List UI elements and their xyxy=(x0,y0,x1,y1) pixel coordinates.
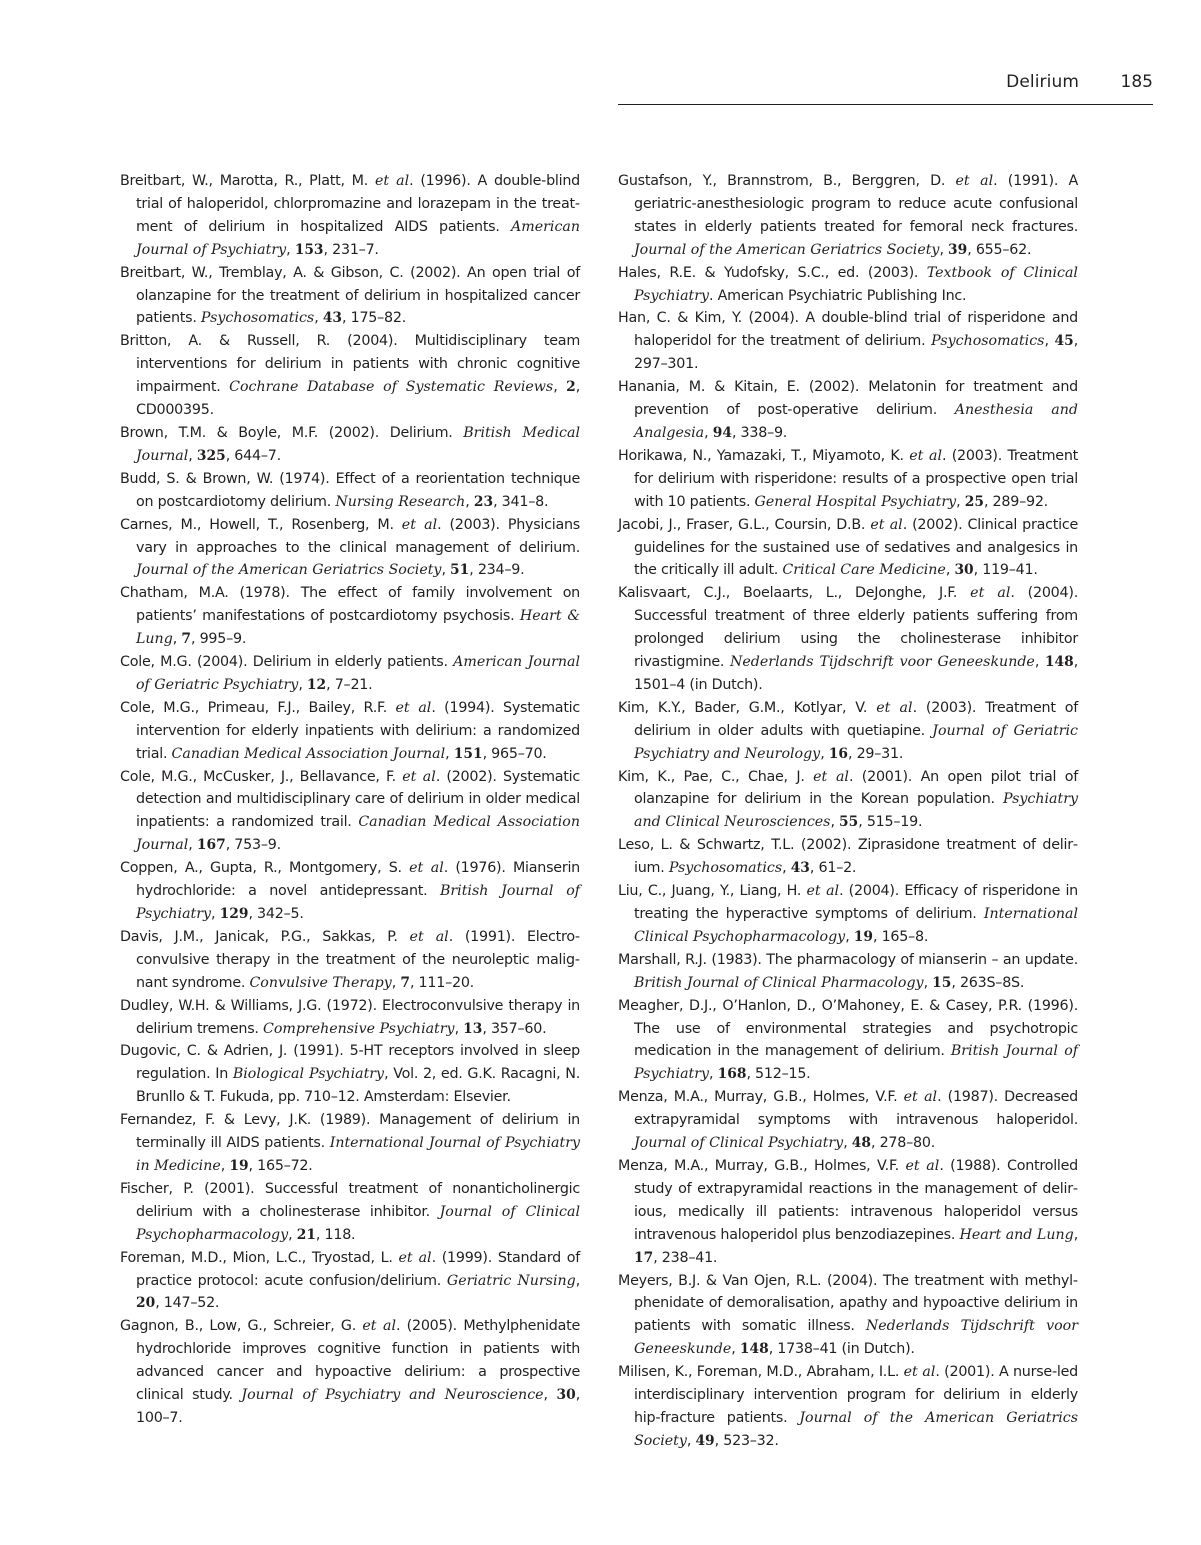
reference-entry: Dudley, W.H. & Williams, J.G. (1972). El… xyxy=(120,995,580,1041)
reference-italic: et al xyxy=(904,1089,938,1105)
reference-italic: et al xyxy=(398,1250,431,1266)
reference-italic: et al xyxy=(806,883,839,899)
reference-volume: 12 xyxy=(307,677,326,693)
reference-entry: Coppen, A., Gupta, R., Montgomery, S. et… xyxy=(120,857,580,926)
reference-volume: 55 xyxy=(839,814,858,830)
reference-text: , xyxy=(286,242,295,258)
reference-text: Coppen, A., Gupta, R., Montgomery, S. xyxy=(120,860,409,876)
reference-text: , 147–52. xyxy=(155,1295,219,1311)
running-header: Delirium 185 xyxy=(618,70,1153,105)
reference-text: , 175–82. xyxy=(342,310,406,326)
reference-text: , 234–9. xyxy=(469,562,524,578)
reference-text: , 753–9. xyxy=(226,837,281,853)
reference-text: , xyxy=(211,906,220,922)
reference-volume: 129 xyxy=(220,906,249,922)
reference-text: Marshall, R.J. (1983). The pharmacology … xyxy=(618,952,1078,968)
reference-text: , xyxy=(544,1387,557,1403)
reference-text: , 644–7. xyxy=(226,448,281,464)
reference-volume: 325 xyxy=(197,448,226,464)
reference-entry: Liu, C., Juang, Y., Liang, H. et al. (20… xyxy=(618,880,1078,949)
reference-volume: 148 xyxy=(740,1341,769,1357)
reference-text: , xyxy=(553,379,566,395)
reference-volume: 43 xyxy=(791,860,810,876)
reference-volume: 48 xyxy=(852,1135,871,1151)
reference-text: , xyxy=(188,837,197,853)
reference-entry: Fischer, P. (2001). Successful treatment… xyxy=(120,1178,580,1247)
reference-italic: et al xyxy=(402,517,437,533)
reference-italic: Psychosomatics xyxy=(669,860,782,876)
reference-text: , xyxy=(830,814,839,830)
reference-italic: et al xyxy=(409,860,444,876)
reference-entry: Cole, M.G., Primeau, F.J., Bailey, R.F. … xyxy=(120,697,580,766)
reference-volume: 153 xyxy=(295,242,324,258)
reference-italic: Comprehensive Psychiatry xyxy=(263,1021,455,1037)
reference-italic: Heart and Lung xyxy=(959,1227,1073,1243)
reference-text: , 965–70. xyxy=(483,746,547,762)
reference-italic: et al xyxy=(909,448,942,464)
reference-text: Carnes, M., Howell, T., Rosenberg, M. xyxy=(120,517,402,533)
reference-text: Horikawa, N., Yamazaki, T., Miyamoto, K. xyxy=(618,448,909,464)
reference-text: , xyxy=(1044,333,1054,349)
reference-text: , 515–19. xyxy=(858,814,922,830)
reference-entry: Kim, K., Pae, C., Chae, J. et al. (2001)… xyxy=(618,766,1078,835)
reference-volume: 148 xyxy=(1045,654,1074,670)
reference-text: , 231–7. xyxy=(324,242,379,258)
reference-text: , 357–60. xyxy=(482,1021,546,1037)
reference-text: , xyxy=(441,562,450,578)
reference-entry: Budd, S. & Brown, W. (1974). Effect of a… xyxy=(120,468,580,514)
reference-text: , 238–41. xyxy=(653,1250,717,1266)
reference-text: , 512–15. xyxy=(746,1066,810,1082)
reference-text: , xyxy=(731,1341,740,1357)
reference-italic: et al xyxy=(813,769,849,785)
reference-text: Jacobi, J., Fraser, G.L., Coursin, D.B. xyxy=(618,517,870,533)
reference-text: Kalisvaart, C.J., Boelaarts, L., DeJongh… xyxy=(618,585,970,601)
reference-entry: Leso, L. & Schwartz, T.L. (2002). Zipras… xyxy=(618,834,1078,880)
reference-text: , 263S–8S. xyxy=(951,975,1024,991)
running-title: Delirium xyxy=(1006,72,1079,92)
reference-text: , 341–8. xyxy=(493,494,548,510)
reference-text: , xyxy=(843,1135,852,1151)
reference-text: , 118. xyxy=(316,1227,355,1243)
reference-text: Cole, M.G., Primeau, F.J., Bailey, R.F. xyxy=(120,700,396,716)
reference-italic: Journal of Clinical Psychiatry xyxy=(634,1135,843,1151)
reference-volume: 15 xyxy=(932,975,951,991)
reference-italic: Critical Care Medicine xyxy=(782,562,945,578)
reference-text: , 1738–41 (in Dutch). xyxy=(769,1341,915,1357)
reference-italic: et al xyxy=(905,1158,939,1174)
reference-italic: Psychosomatics xyxy=(931,333,1044,349)
reference-italic: et al xyxy=(970,585,1010,601)
reference-text: Menza, M.A., Murray, G.B., Holmes, V.F. xyxy=(618,1158,905,1174)
reference-text: , 111–20. xyxy=(410,975,474,991)
reference-text: Cole, M.G. (2004). Delirium in elderly p… xyxy=(120,654,453,670)
reference-text: , 342–5. xyxy=(248,906,303,922)
reference-text: Gagnon, B., Low, G., Schreier, G. xyxy=(120,1318,362,1334)
references-column-right: Gustafson, Y., Brannstrom, B., Berggren,… xyxy=(618,170,1078,1453)
reference-entry: Britton, A. & Russell, R. (2004). Multid… xyxy=(120,330,580,422)
reference-text: , 165–72. xyxy=(249,1158,313,1174)
reference-text: , xyxy=(845,929,854,945)
reference-text: Hales, R.E. & Yudofsky, S.C., ed. (2003)… xyxy=(618,265,927,281)
reference-italic: et al xyxy=(876,700,912,716)
reference-volume: 17 xyxy=(634,1250,653,1266)
page-number: 185 xyxy=(1121,72,1153,92)
reference-text: , xyxy=(709,1066,718,1082)
reference-volume: 23 xyxy=(474,494,493,510)
reference-text: , xyxy=(314,310,323,326)
reference-text: , xyxy=(1074,1227,1078,1243)
reference-volume: 19 xyxy=(229,1158,248,1174)
reference-italic: British Journal of Clinical Pharmacology xyxy=(634,975,924,991)
reference-italic: et al xyxy=(396,700,432,716)
reference-text: , 29–31. xyxy=(848,746,903,762)
reference-italic: Geriatric Nursing xyxy=(447,1273,576,1289)
reference-text: , xyxy=(1035,654,1045,670)
reference-italic: et al xyxy=(956,173,994,189)
reference-entry: Horikawa, N., Yamazaki, T., Miyamoto, K.… xyxy=(618,445,1078,514)
reference-text: Kim, K.Y., Bader, G.M., Kotlyar, V. xyxy=(618,700,876,716)
reference-volume: 25 xyxy=(965,494,984,510)
reference-text: , 278–80. xyxy=(871,1135,935,1151)
reference-entry: Kim, K.Y., Bader, G.M., Kotlyar, V. et a… xyxy=(618,697,1078,766)
reference-entry: Breitbart, W., Tremblay, A. & Gibson, C.… xyxy=(120,262,580,331)
reference-entry: Kalisvaart, C.J., Boelaarts, L., DeJongh… xyxy=(618,582,1078,697)
reference-text: Gustafson, Y., Brannstrom, B., Berggren,… xyxy=(618,173,956,189)
reference-italic: et al xyxy=(904,1364,936,1380)
reference-italic: et al xyxy=(375,173,409,189)
reference-italic: et al xyxy=(402,769,436,785)
reference-entry: Chatham, M.A. (1978). The effect of fami… xyxy=(120,582,580,651)
reference-text: Kim, K., Pae, C., Chae, J. xyxy=(618,769,813,785)
reference-entry: Hales, R.E. & Yudofsky, S.C., ed. (2003)… xyxy=(618,262,1078,308)
reference-text: , xyxy=(956,494,965,510)
reference-entry: Fernandez, F. & Levy, J.K. (1989). Manag… xyxy=(120,1109,580,1178)
reference-italic: Journal of the American Geriatrics Socie… xyxy=(634,242,939,258)
reference-text: Cole, M.G., McCusker, J., Bellavance, F. xyxy=(120,769,402,785)
reference-volume: 30 xyxy=(954,562,973,578)
reference-entry: Meyers, B.J. & Van Ojen, R.L. (2004). Th… xyxy=(618,1270,1078,1362)
reference-volume: 2 xyxy=(566,379,576,395)
reference-entry: Marshall, R.J. (1983). The pharmacology … xyxy=(618,949,1078,995)
reference-entry: Han, C. & Kim, Y. (2004). A double-blind… xyxy=(618,307,1078,376)
reference-italic: Psychosomatics xyxy=(201,310,314,326)
reference-volume: 20 xyxy=(136,1295,155,1311)
reference-text: Milisen, K., Foreman, M.D., Abraham, I.L… xyxy=(618,1364,904,1380)
reference-volume: 21 xyxy=(297,1227,316,1243)
reference-text: , xyxy=(939,242,948,258)
reference-text: Chatham, M.A. (1978). The effect of fami… xyxy=(120,585,580,624)
reference-text: , xyxy=(704,425,713,441)
reference-italic: Nederlands Tijdschrift voor Geneeskunde xyxy=(730,654,1035,670)
reference-italic: Cochrane Database of Systematic Reviews xyxy=(229,379,553,395)
reference-entry: Breitbart, W., Marotta, R., Platt, M. et… xyxy=(120,170,580,262)
reference-volume: 49 xyxy=(695,1433,714,1449)
reference-text: , xyxy=(465,494,474,510)
reference-text: . American Psychiatric Publishing Inc. xyxy=(709,288,966,304)
reference-entry: Hanania, M. & Kitain, E. (2002). Melaton… xyxy=(618,376,1078,445)
reference-volume: 168 xyxy=(718,1066,747,1082)
reference-text: , 338–9. xyxy=(732,425,787,441)
reference-entry: Meagher, D.J., O’Hanlon, D., O’Mahoney, … xyxy=(618,995,1078,1087)
reference-text: , xyxy=(782,860,791,876)
reference-volume: 19 xyxy=(854,929,873,945)
reference-entry: Menza, M.A., Murray, G.B., Holmes, V.F. … xyxy=(618,1086,1078,1155)
reference-text: , xyxy=(820,746,829,762)
reference-text: Liu, C., Juang, Y., Liang, H. xyxy=(618,883,806,899)
reference-text: , 655–62. xyxy=(967,242,1031,258)
reference-text: , 995–9. xyxy=(191,631,246,647)
reference-text: Breitbart, W., Marotta, R., Platt, M. xyxy=(120,173,375,189)
reference-text: , xyxy=(576,1273,580,1289)
reference-entry: Dugovic, C. & Adrien, J. (1991). 5-HT re… xyxy=(120,1040,580,1109)
reference-text: Foreman, M.D., Mion, L.C., Tryostad, L. xyxy=(120,1250,398,1266)
reference-entry: Foreman, M.D., Mion, L.C., Tryostad, L. … xyxy=(120,1247,580,1316)
reference-entry: Gagnon, B., Low, G., Schreier, G. et al.… xyxy=(120,1315,580,1430)
reference-text: , 61–2. xyxy=(810,860,856,876)
reference-volume: 39 xyxy=(948,242,967,258)
reference-entry: Brown, T.M. & Boyle, M.F. (2002). Deliri… xyxy=(120,422,580,468)
reference-volume: 30 xyxy=(557,1387,576,1403)
reference-text: , xyxy=(455,1021,464,1037)
reference-italic: Journal of the American Geriatrics Socie… xyxy=(136,562,441,578)
reference-text: , 523–32. xyxy=(715,1433,779,1449)
reference-volume: 94 xyxy=(713,425,732,441)
reference-text: , xyxy=(298,677,307,693)
reference-italic: Canadian Medical Association Journal xyxy=(172,746,446,762)
reference-text: , xyxy=(288,1227,297,1243)
reference-text: , 165–8. xyxy=(873,929,928,945)
reference-volume: 7 xyxy=(181,631,191,647)
reference-italic: Journal of Psychiatry and Neuroscience xyxy=(241,1387,543,1403)
reference-text: , xyxy=(445,746,454,762)
reference-entry: Cole, M.G. (2004). Delirium in elderly p… xyxy=(120,651,580,697)
reference-text: , 289–92. xyxy=(984,494,1048,510)
reference-volume: 43 xyxy=(323,310,342,326)
reference-volume: 7 xyxy=(400,975,410,991)
reference-entry: Jacobi, J., Fraser, G.L., Coursin, D.B. … xyxy=(618,514,1078,583)
reference-volume: 151 xyxy=(454,746,483,762)
reference-italic: Convulsive Therapy xyxy=(249,975,391,991)
reference-text: Brown, T.M. & Boyle, M.F. (2002). Deliri… xyxy=(120,425,463,441)
reference-entry: Davis, J.M., Janicak, P.G., Sakkas, P. e… xyxy=(120,926,580,995)
reference-entry: Menza, M.A., Murray, G.B., Holmes, V.F. … xyxy=(618,1155,1078,1270)
reference-entry: Carnes, M., Howell, T., Rosenberg, M. et… xyxy=(120,514,580,583)
reference-italic: et al xyxy=(870,517,902,533)
reference-volume: 16 xyxy=(829,746,848,762)
reference-text: , 7–21. xyxy=(326,677,372,693)
reference-italic: Nursing Research xyxy=(335,494,465,510)
reference-entry: Milisen, K., Foreman, M.D., Abraham, I.L… xyxy=(618,1361,1078,1453)
reference-entry: Gustafson, Y., Brannstrom, B., Berggren,… xyxy=(618,170,1078,262)
reference-text: , xyxy=(924,975,933,991)
reference-italic: General Hospital Psychiatry xyxy=(755,494,957,510)
reference-entry: Cole, M.G., McCusker, J., Bellavance, F.… xyxy=(120,766,580,858)
reference-text: Menza, M.A., Murray, G.B., Holmes, V.F. xyxy=(618,1089,904,1105)
reference-text: Davis, J.M., Janicak, P.G., Sakkas, P. xyxy=(120,929,410,945)
reference-italic: Biological Psychiatry xyxy=(233,1066,384,1082)
references-column-left: Breitbart, W., Marotta, R., Platt, M. et… xyxy=(120,170,580,1430)
reference-text: , 119–41. xyxy=(974,562,1038,578)
reference-volume: 45 xyxy=(1055,333,1074,349)
reference-volume: 51 xyxy=(450,562,469,578)
reference-volume: 13 xyxy=(463,1021,482,1037)
reference-italic: et al xyxy=(362,1318,396,1334)
reference-italic: et al xyxy=(410,929,449,945)
reference-volume: 167 xyxy=(197,837,226,853)
reference-text: , xyxy=(188,448,197,464)
